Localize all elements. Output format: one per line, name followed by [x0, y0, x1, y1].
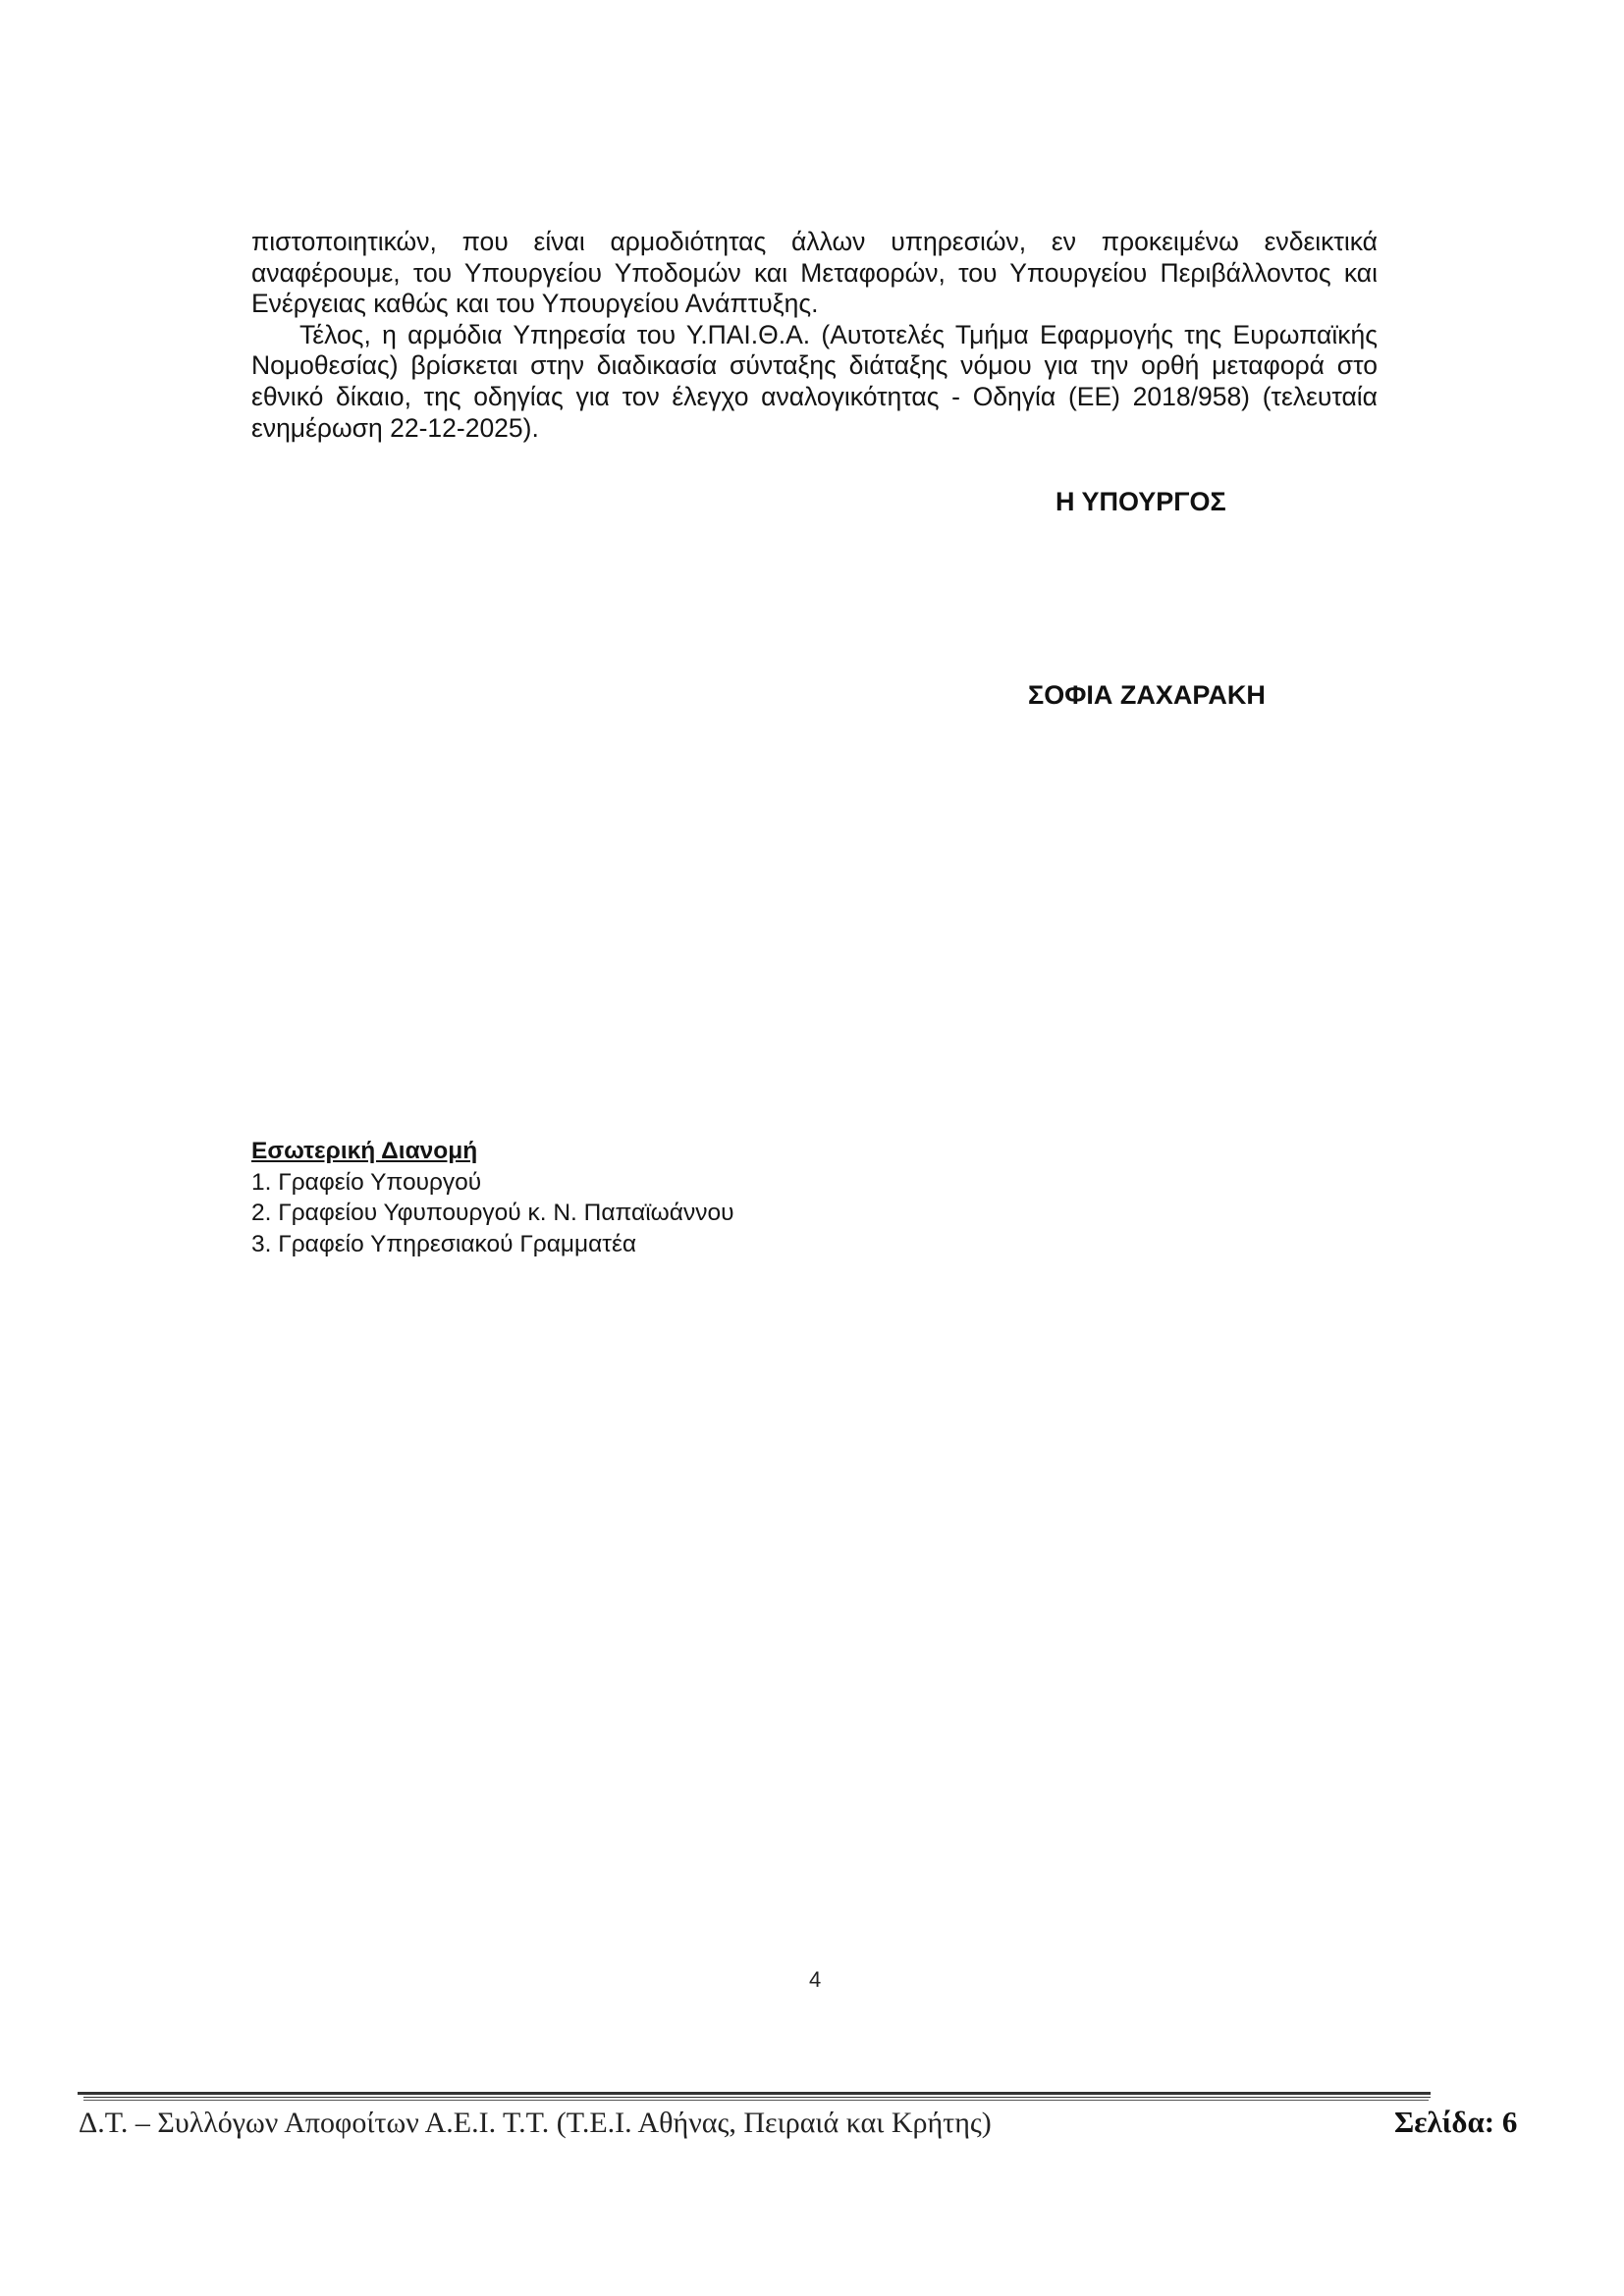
body-text: πιστοποιητικών, που είναι αρμοδιότητας ά… [251, 227, 1378, 444]
distribution-list: 1. Γραφείο Υπουργού 2. Γραφείου Υφυπουργ… [251, 1167, 733, 1260]
footer-rule [83, 2100, 1429, 2101]
document-page: πιστοποιητικών, που είναι αρμοδιότητας ά… [0, 0, 1624, 2296]
footer-page-number: 6 [1502, 2105, 1518, 2139]
paragraph-final: Τέλος, η αρμόδια Υπηρεσία του Υ.ΠΑΙ.Θ.Α.… [251, 320, 1378, 444]
internal-distribution: Εσωτερική Διανομή 1. Γραφείο Υπουργού 2.… [251, 1136, 733, 1259]
signature-name: ΣΟΦΙΑ ΖΑΧΑΡΑΚΗ [1028, 680, 1266, 711]
paragraph-continuation: πιστοποιητικών, που είναι αρμοδιότητας ά… [251, 227, 1378, 320]
footer-rule [83, 2097, 1431, 2098]
footer-organization: Δ.Τ. – Συλλόγων Αποφοίτων Α.Ε.Ι. Τ.Τ. (Τ… [79, 2107, 992, 2140]
footer-rule [78, 2092, 1431, 2095]
signature-title: Η ΥΠΟΥΡΓΟΣ [1056, 487, 1226, 517]
footer-page-indicator: Σελίδα: 6 [1394, 2105, 1517, 2140]
inner-page-number: 4 [809, 1967, 821, 1993]
footer-page-label: Σελίδα [1394, 2105, 1485, 2139]
distribution-item: 3. Γραφείο Υπηρεσιακού Γραμματέα [251, 1229, 733, 1260]
distribution-heading: Εσωτερική Διανομή [251, 1136, 733, 1167]
distribution-item: 2. Γραφείου Υφυπουργού κ. Ν. Παπαϊωάννου [251, 1198, 733, 1229]
distribution-item: 1. Γραφείο Υπουργού [251, 1167, 733, 1199]
